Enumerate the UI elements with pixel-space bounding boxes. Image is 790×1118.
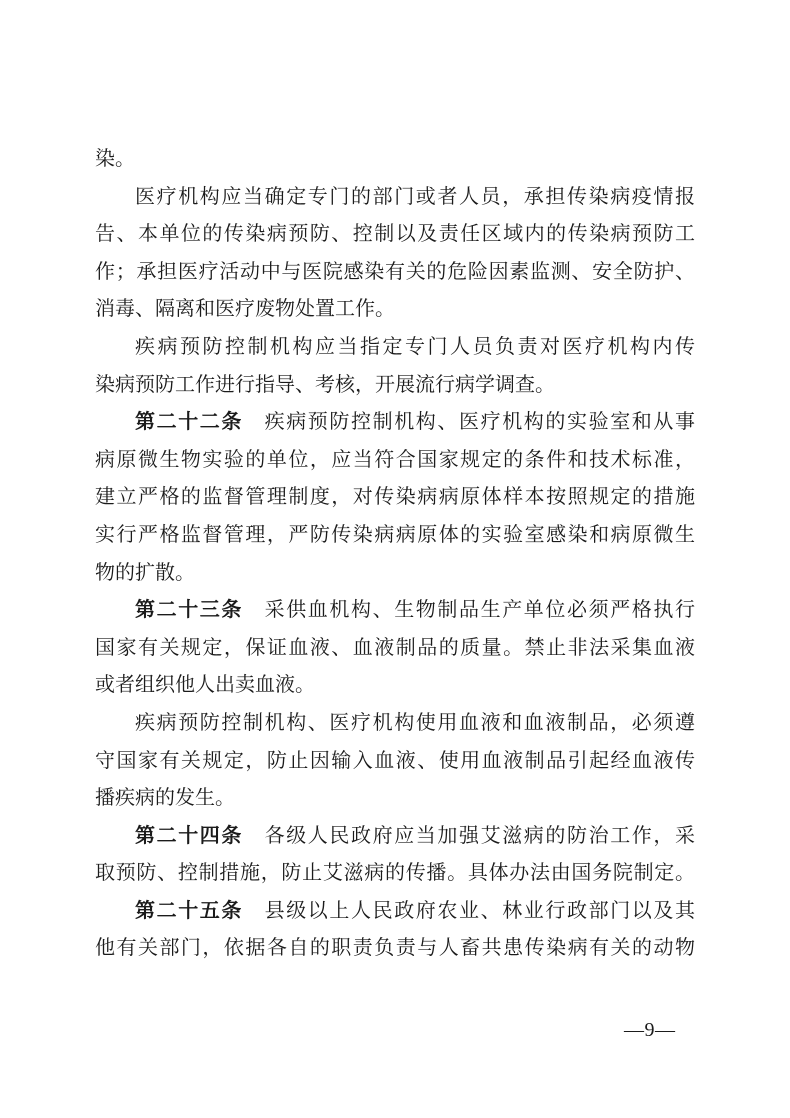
text-line: 医疗机构应当确定专门的部门或者人员，承担传染病疫情报 bbox=[95, 179, 695, 217]
text-run: 县级以上人民政府农业、林业行政部门以及其 bbox=[243, 900, 695, 922]
text-line: 消毒、隔离和医疗废物处置工作。 bbox=[95, 291, 695, 329]
text-line: 染。 bbox=[95, 141, 695, 179]
text-line: 告、本单位的传染病预防、控制以及责任区域内的传染病预防工 bbox=[95, 216, 695, 254]
document-page: 染。医疗机构应当确定专门的部门或者人员，承担传染病疫情报告、本单位的传染病预防、… bbox=[0, 0, 790, 1118]
text-run: 实行严格监督管理，严防传染病病原体的实验室感染和病原微生 bbox=[95, 524, 695, 546]
text-run: 病原微生物实验的单位，应当符合国家规定的条件和技术标准， bbox=[95, 449, 695, 471]
text-run: 他有关部门，依据各自的职责负责与人畜共患传染病有关的动物 bbox=[95, 937, 695, 959]
text-run: 或者组织他人出卖血液。 bbox=[95, 674, 315, 696]
text-run: 各级人民政府应当加强艾滋病的防治工作，采 bbox=[243, 825, 695, 847]
article-heading-line: 第二十五条 县级以上人民政府农业、林业行政部门以及其 bbox=[95, 893, 695, 931]
text-line: 疾病预防控制机构、医疗机构使用血液和血液制品，必须遵 bbox=[95, 705, 695, 743]
article-number: 第二十五条 bbox=[135, 900, 243, 922]
text-line: 播疾病的发生。 bbox=[95, 780, 695, 818]
text-run: 建立严格的监督管理制度，对传染病病原体样本按照规定的措施 bbox=[95, 486, 695, 508]
text-run: 物的扩散。 bbox=[95, 562, 195, 584]
text-run: 医疗机构应当确定专门的部门或者人员，承担传染病疫情报 bbox=[135, 186, 695, 208]
text-line: 实行严格监督管理，严防传染病病原体的实验室感染和病原微生 bbox=[95, 517, 695, 555]
text-line: 染病预防工作进行指导、考核，开展流行病学调查。 bbox=[95, 367, 695, 405]
article-heading-line: 第二十四条 各级人民政府应当加强艾滋病的防治工作，采 bbox=[95, 818, 695, 856]
text-run: 守国家有关规定，防止因输入血液、使用血液制品引起经血液传 bbox=[95, 750, 695, 772]
page-number: —9— bbox=[624, 1019, 676, 1042]
text-line: 国家有关规定，保证血液、血液制品的质量。禁止非法采集血液 bbox=[95, 630, 695, 668]
text-line: 或者组织他人出卖血液。 bbox=[95, 667, 695, 705]
text-run: 疾病预防控制机构应当指定专门人员负责对医疗机构内传 bbox=[135, 336, 695, 358]
text-run: 染。 bbox=[95, 148, 135, 170]
article-heading-line: 第二十二条 疾病预防控制机构、医疗机构的实验室和从事 bbox=[95, 404, 695, 442]
text-line: 守国家有关规定，防止因输入血液、使用血液制品引起经血液传 bbox=[95, 743, 695, 781]
text-line: 建立严格的监督管理制度，对传染病病原体样本按照规定的措施 bbox=[95, 479, 695, 517]
document-body: 染。医疗机构应当确定专门的部门或者人员，承担传染病疫情报告、本单位的传染病预防、… bbox=[95, 141, 695, 968]
text-run: 作；承担医疗活动中与医院感染有关的危险因素监测、安全防护、 bbox=[95, 261, 695, 283]
article-number: 第二十二条 bbox=[135, 411, 243, 433]
text-line: 疾病预防控制机构应当指定专门人员负责对医疗机构内传 bbox=[95, 329, 695, 367]
article-number: 第二十四条 bbox=[135, 825, 243, 847]
text-run: 取预防、控制措施，防止艾滋病的传播。具体办法由国务院制定。 bbox=[95, 862, 695, 884]
text-line: 物的扩散。 bbox=[95, 555, 695, 593]
text-line: 病原微生物实验的单位，应当符合国家规定的条件和技术标准， bbox=[95, 442, 695, 480]
text-run: 染病预防工作进行指导、考核，开展流行病学调查。 bbox=[95, 374, 555, 396]
text-run: 国家有关规定，保证血液、血液制品的质量。禁止非法采集血液 bbox=[95, 637, 695, 659]
article-number: 第二十三条 bbox=[135, 599, 243, 621]
article-heading-line: 第二十三条 采供血机构、生物制品生产单位必须严格执行 bbox=[95, 592, 695, 630]
text-run: 疾病预防控制机构、医疗机构使用血液和血液制品，必须遵 bbox=[135, 712, 695, 734]
text-run: 播疾病的发生。 bbox=[95, 787, 235, 809]
text-run: 消毒、隔离和医疗废物处置工作。 bbox=[95, 298, 395, 320]
text-run: 告、本单位的传染病预防、控制以及责任区域内的传染病预防工 bbox=[95, 223, 695, 245]
text-line: 作；承担医疗活动中与医院感染有关的危险因素监测、安全防护、 bbox=[95, 254, 695, 292]
text-line: 取预防、控制措施，防止艾滋病的传播。具体办法由国务院制定。 bbox=[95, 855, 695, 893]
text-run: 疾病预防控制机构、医疗机构的实验室和从事 bbox=[243, 411, 695, 433]
text-line: 他有关部门，依据各自的职责负责与人畜共患传染病有关的动物 bbox=[95, 930, 695, 968]
text-run: 采供血机构、生物制品生产单位必须严格执行 bbox=[243, 599, 695, 621]
